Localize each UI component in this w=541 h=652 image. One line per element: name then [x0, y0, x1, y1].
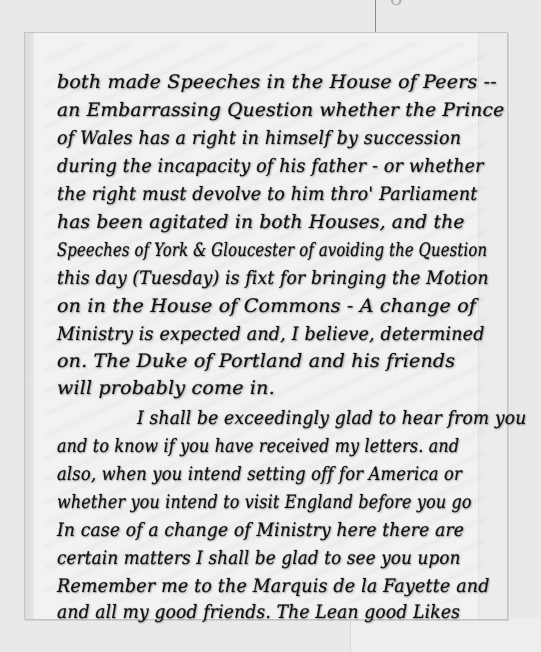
- text-line: Speeches of York & Gloucester of avoidin…: [57, 239, 487, 261]
- text-line: both made Speeches in the House of Peers…: [57, 71, 497, 93]
- text-line: also, when you intend setting off for Am…: [57, 463, 462, 485]
- tab-edge: [375, 0, 376, 33]
- text-line: will probably come in.: [57, 377, 275, 399]
- text-line: Ministry is expected and, I believe, det…: [57, 323, 485, 345]
- text-line: on. The Duke of Portland and his friends: [57, 350, 455, 372]
- text-line: on in the House of Commons - A change of: [57, 295, 476, 317]
- text-line: this day (Tuesday) is fixt for bringing …: [57, 267, 489, 289]
- text-line: In case of a change of Ministry here the…: [57, 519, 464, 541]
- page-number: 6: [389, 0, 403, 11]
- text-line: and to know if you have received my lett…: [57, 435, 459, 457]
- letter-page: both made Speeches in the House of Peers…: [24, 32, 508, 620]
- text-line: has been agitated in both Houses, and th…: [57, 211, 465, 233]
- underlying-sheet: [350, 618, 541, 652]
- text-line: Remember me to the Marquis de la Fayette…: [57, 575, 490, 597]
- text-line: and all my good friends. The Lean good L…: [57, 601, 460, 623]
- text-line: certain matters I shall be glad to see y…: [57, 547, 461, 569]
- text-line: I shall be exceedingly glad to hear from…: [137, 407, 526, 429]
- text-line: whether you intend to visit England befo…: [57, 491, 472, 513]
- text-line: of Wales has a right in himself by succe…: [57, 127, 461, 149]
- text-line: an Embarrassing Question whether the Pri…: [57, 99, 504, 121]
- paper-left-margin: [25, 33, 34, 619]
- text-line: during the incapacity of his father - or…: [57, 155, 484, 177]
- text-line: the right must devolve to him thro' Parl…: [57, 183, 477, 205]
